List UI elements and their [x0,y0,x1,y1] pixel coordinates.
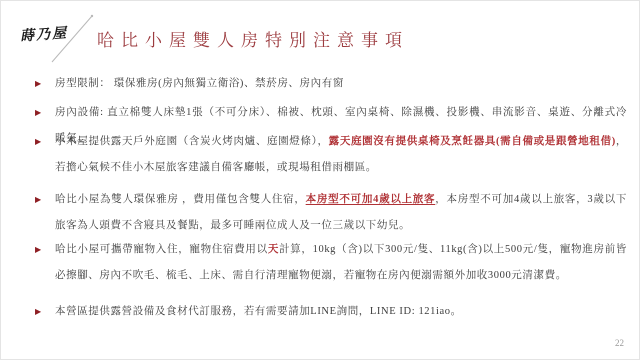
text-segment: 小木屋提供露天戶外庭園（含炭火烤肉爐、庭園燈條）， [55,136,329,147]
text-segment: 房型限制： 環保雅房(房內無獨立衛浴)、禁菸房、房內有窗 [55,78,344,89]
text-segment: 本營區提供露營設備及食材代訂服務，若有需要請加LINE詢問，LINE ID: 1… [55,306,462,317]
text-segment: 哈比小屋可攜帶寵物入住，寵物住宿費用以 [55,244,268,255]
highlighted-text-segment: 露天庭園沒有提供桌椅及烹飪器具(需自備或是跟營地租借) [329,136,616,147]
note-item-room-type: ▶ 房型限制： 環保雅房(房內無獨立衛浴)、禁菸房、房內有窗 [35,71,627,97]
page-title: 哈比小屋雙人房特別注意事項 [97,26,409,51]
note-text: 本營區提供露營設備及食材代訂服務，若有需要請加LINE詢問，LINE ID: 1… [55,299,627,325]
bullet-marker-icon: ▶ [35,237,53,263]
bullet-marker-icon: ▶ [35,187,53,213]
note-item-outdoor-garden: ▶ 小木屋提供露天戶外庭園（含炭火烤肉爐、庭園燈條），露天庭園沒有提供桌椅及烹飪… [35,129,627,181]
note-item-occupancy: ▶ 哈比小屋為雙人環保雅房 ，費用僅包含雙人住宿，本房型不可加4歲以上旅客，本房… [35,187,627,239]
text-segment: 哈比小屋為雙人環保雅房 ，費用僅包含雙人住宿， [55,194,306,205]
bullet-marker-icon: ▶ [35,129,53,155]
note-item-line-contact: ▶ 本營區提供露營設備及食材代訂服務，若有需要請加LINE詢問，LINE ID:… [35,299,627,325]
logo: 蒔乃屋 [18,12,98,64]
page-number: 22 [615,338,624,348]
note-text: 小木屋提供露天戶外庭園（含炭火烤肉爐、庭園燈條），露天庭園沒有提供桌椅及烹飪器具… [55,129,627,181]
highlighted-text-segment: 本房型不可加4歲以上旅客 [306,194,436,205]
bullet-marker-icon: ▶ [35,100,53,126]
bullet-marker-icon: ▶ [35,71,53,97]
note-text: 房型限制： 環保雅房(房內無獨立衛浴)、禁菸房、房內有窗 [55,71,627,97]
logo-text: 蒔乃屋 [19,22,68,45]
slide: 蒔乃屋 哈比小屋雙人房特別注意事項 ▶ 房型限制： 環保雅房(房內無獨立衛浴)、… [0,0,640,360]
note-item-pets: ▶ 哈比小屋可攜帶寵物入住，寵物住宿費用以天計算，10kg（含)以下300元/隻… [35,237,627,289]
bullet-marker-icon: ▶ [35,299,53,325]
note-text: 哈比小屋為雙人環保雅房 ，費用僅包含雙人住宿，本房型不可加4歲以上旅客，本房型不… [55,187,627,239]
highlighted-text-segment: 天 [268,244,279,255]
note-text: 哈比小屋可攜帶寵物入住，寵物住宿費用以天計算，10kg（含)以下300元/隻、1… [55,237,627,289]
